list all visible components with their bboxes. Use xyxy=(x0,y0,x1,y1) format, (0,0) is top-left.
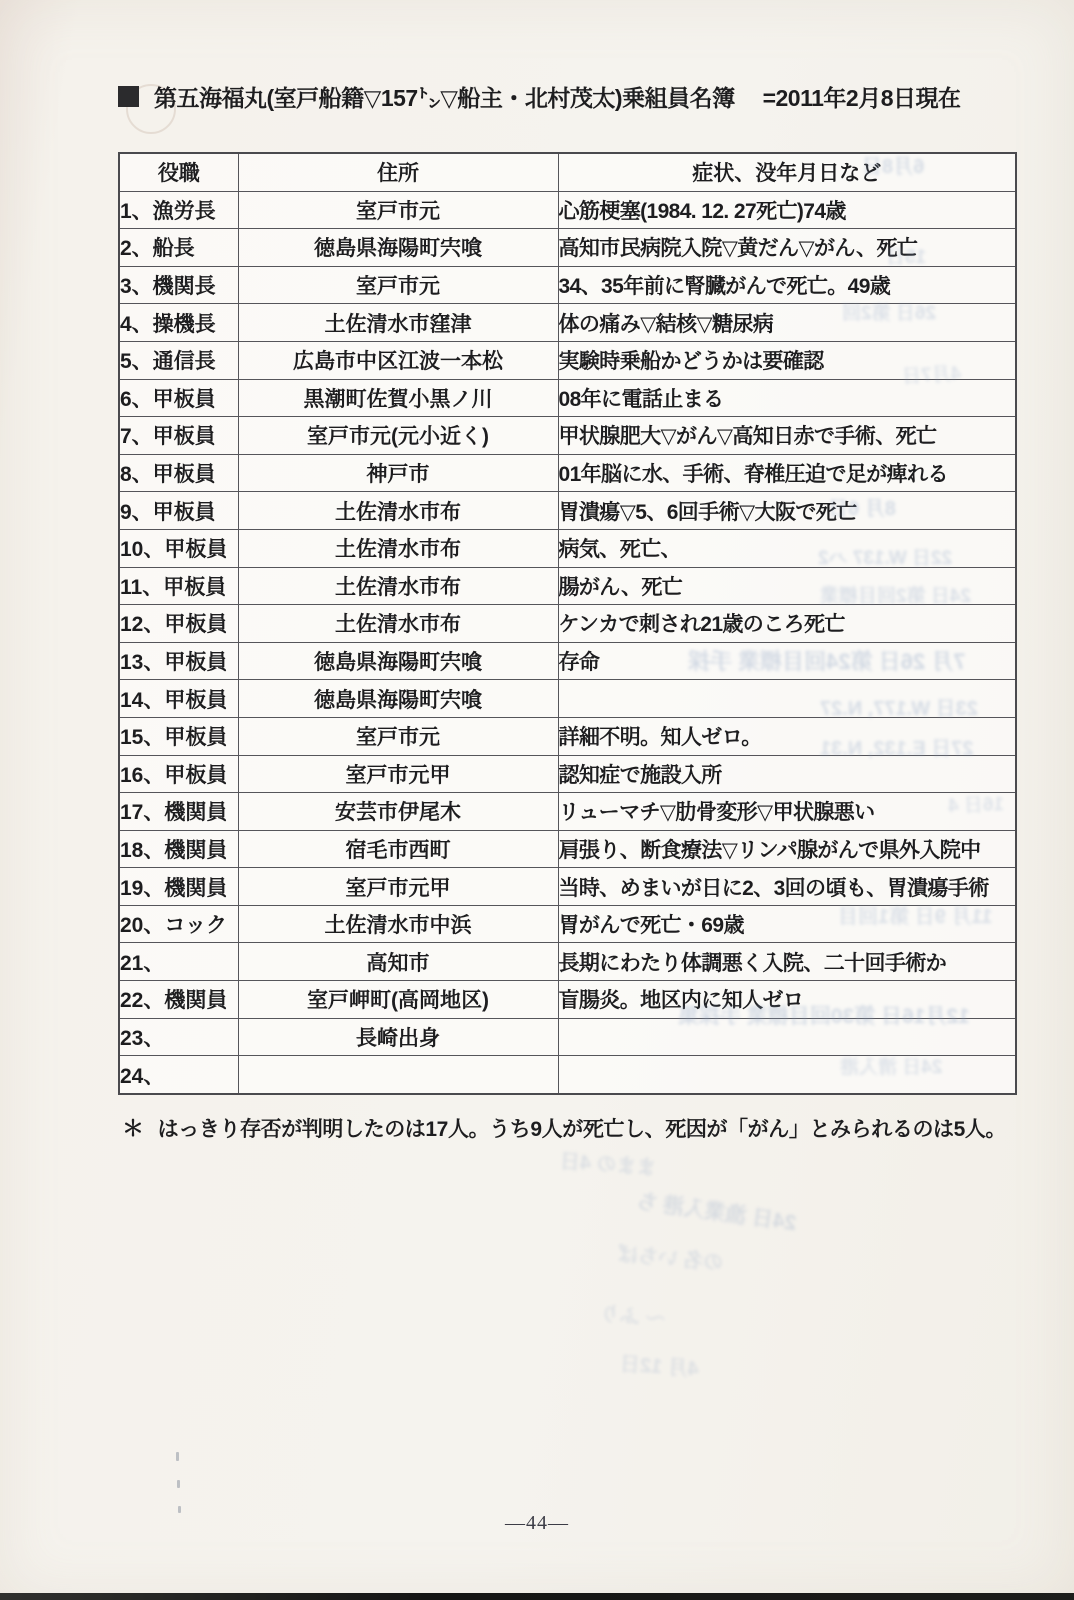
cell-status xyxy=(558,680,1016,718)
table-row: 15、甲板員室戸市元詳細不明。知人ゼロ。 xyxy=(119,717,1016,755)
cell-address: 土佐清水市布 xyxy=(238,605,558,643)
cell-status: 存命 xyxy=(558,642,1016,680)
table-row: 10、甲板員土佐清水市布病気、死亡、 xyxy=(119,529,1016,567)
table-row: 13、甲板員徳島県海陽町宍喰存命 xyxy=(119,642,1016,680)
cell-address: 室戸市元甲 xyxy=(238,868,558,906)
cell-role: 4、操機長 xyxy=(119,304,238,342)
header-role: 役職 xyxy=(119,153,238,191)
cell-role: 9、甲板員 xyxy=(119,492,238,530)
table-row: 20、コック土佐清水市中浜胃がんで死亡・69歳 xyxy=(119,905,1016,943)
document-date-note: =2011年2月8日現在 xyxy=(763,80,961,113)
bleedthrough-mark: ～ ふり xyxy=(599,1297,667,1333)
footnote: ＊ はっきり存否が判明したのは17人。うち9人が死亡し、死因が「がん」とみられる… xyxy=(122,1112,1006,1143)
cell-role: 22、機関員 xyxy=(119,981,238,1019)
cell-status: 実験時乗船かどうかは要確認 xyxy=(558,341,1016,379)
cell-status: 肩張り、断食療法▽リンパ腺がんで県外入院中 xyxy=(558,830,1016,868)
table-row: 8、甲板員神戸市01年脳に水、手術、脊椎圧迫で足が痺れる xyxy=(119,454,1016,492)
cell-role: 13、甲板員 xyxy=(119,642,238,680)
table-row: 18、機関員宿毛市西町肩張り、断食療法▽リンパ腺がんで県外入院中 xyxy=(119,830,1016,868)
table-row: 9、甲板員土佐清水市布胃潰瘍▽5、6回手術▽大阪で死亡 xyxy=(119,492,1016,530)
cell-status: 甲状腺肥大▽がん▽高知日赤で手術、死亡 xyxy=(558,417,1016,455)
cell-address: 土佐清水市布 xyxy=(238,529,558,567)
cell-status: 長期にわたり体調悪く入院、二十回手術か xyxy=(558,943,1016,981)
cell-status: 心筋梗塞(1984. 12. 27死亡)74歳 xyxy=(558,191,1016,229)
cell-address xyxy=(238,1056,558,1094)
cell-role: 11、甲板員 xyxy=(119,567,238,605)
table-row: 21、高知市長期にわたり体調悪く入院、二十回手術か xyxy=(119,943,1016,981)
cell-status: リューマチ▽肋骨変形▽甲状腺悪い xyxy=(558,793,1016,831)
crew-table-body: 1、漁労長室戸市元心筋梗塞(1984. 12. 27死亡)74歳2、船長徳島県海… xyxy=(119,191,1016,1094)
cell-role: 23、 xyxy=(119,1018,238,1056)
cell-role: 7、甲板員 xyxy=(119,417,238,455)
table-row: 24、 xyxy=(119,1056,1016,1094)
cell-address: 室戸市元 xyxy=(238,191,558,229)
page-number: —44— xyxy=(0,1512,1074,1535)
document-title-row: 第五海福丸(室戸船籍▽157㌧▽船主・北村茂太)乗組員名簿 =2011年2月8日… xyxy=(118,80,961,113)
table-row: 14、甲板員徳島県海陽町宍喰 xyxy=(119,680,1016,718)
cell-address: 土佐清水市窪津 xyxy=(238,304,558,342)
bleedthrough-mark: ままの 4日 xyxy=(559,1145,657,1181)
table-row: 4、操機長土佐清水市窪津体の痛み▽結核▽糖尿病 xyxy=(119,304,1016,342)
table-row: 17、機関員安芸市伊尾木リューマチ▽肋骨変形▽甲状腺悪い xyxy=(119,793,1016,831)
table-row: 12、甲板員土佐清水市布ケンカで刺され21歳のころ死亡 xyxy=(119,605,1016,643)
cell-role: 10、甲板員 xyxy=(119,529,238,567)
cell-role: 8、甲板員 xyxy=(119,454,238,492)
footnote-text: はっきり存否が判明したのは17人。うち9人が死亡し、死因が「がん」とみられるのは… xyxy=(158,1113,1007,1143)
cell-status: 認知症で施設入所 xyxy=(558,755,1016,793)
cell-role: 5、通信長 xyxy=(119,341,238,379)
table-row: 11、甲板員土佐清水市布腸がん、死亡 xyxy=(119,567,1016,605)
cell-address: 徳島県海陽町宍喰 xyxy=(238,680,558,718)
cell-address: 土佐清水市布 xyxy=(238,492,558,530)
cell-role: 16、甲板員 xyxy=(119,755,238,793)
cell-status: 当時、めまいが日に2、3回の頃も、胃潰瘍手術 xyxy=(558,868,1016,906)
scan-speck xyxy=(176,1452,179,1461)
cell-address: 黒潮町佐賀小黒ノ川 xyxy=(238,379,558,417)
cell-status: 盲腸炎。地区内に知人ゼロ xyxy=(558,981,1016,1019)
table-row: 2、船長徳島県海陽町宍喰高知市民病院入院▽黄だん▽がん、死亡 xyxy=(119,229,1016,267)
cell-status xyxy=(558,1056,1016,1094)
header-address: 住所 xyxy=(238,153,558,191)
cell-address: 長崎出身 xyxy=(238,1018,558,1056)
cell-role: 20、コック xyxy=(119,905,238,943)
cell-role: 19、機関員 xyxy=(119,868,238,906)
cell-address: 徳島県海陽町宍喰 xyxy=(238,229,558,267)
table-row: 6、甲板員黒潮町佐賀小黒ノ川08年に電話止まる xyxy=(119,379,1016,417)
cell-role: 24、 xyxy=(119,1056,238,1094)
cell-address: 高知市 xyxy=(238,943,558,981)
cell-role: 12、甲板員 xyxy=(119,605,238,643)
cell-role: 17、機関員 xyxy=(119,793,238,831)
footnote-asterisk: ＊ xyxy=(122,1112,144,1143)
table-row: 5、通信長広島市中区江波一本松実験時乗船かどうかは要確認 xyxy=(119,341,1016,379)
cell-role: 1、漁労長 xyxy=(119,191,238,229)
cell-address: 室戸岬町(高岡地区) xyxy=(238,981,558,1019)
table-row: 1、漁労長室戸市元心筋梗塞(1984. 12. 27死亡)74歳 xyxy=(119,191,1016,229)
cell-status: 01年脳に水、手術、脊椎圧迫で足が痺れる xyxy=(558,454,1016,492)
cell-status: 詳細不明。知人ゼロ。 xyxy=(558,717,1016,755)
title-bullet-square-icon xyxy=(118,86,139,107)
bleedthrough-mark: 24日 漁業入港 ち xyxy=(635,1185,799,1237)
scanned-document-page: 第五海福丸(室戸船籍▽157㌧▽船主・北村茂太)乗組員名簿 =2011年2月8日… xyxy=(0,0,1074,1600)
cell-status: ケンカで刺され21歳のころ死亡 xyxy=(558,605,1016,643)
header-status: 症状、没年月日など xyxy=(558,153,1016,191)
cell-status: 高知市民病院入院▽黄だん▽がん、死亡 xyxy=(558,229,1016,267)
cell-address: 土佐清水市布 xyxy=(238,567,558,605)
cell-status: 胃潰瘍▽5、6回手術▽大阪で死亡 xyxy=(558,492,1016,530)
scan-bottom-edge xyxy=(0,1593,1074,1600)
cell-address: 徳島県海陽町宍喰 xyxy=(238,642,558,680)
cell-address: 室戸市元(元小近く) xyxy=(238,417,558,455)
scan-speck xyxy=(177,1480,180,1488)
bleedthrough-mark: の名 いちば xyxy=(617,1237,725,1275)
table-header-row: 役職 住所 症状、没年月日など xyxy=(119,153,1016,191)
cell-address: 室戸市元 xyxy=(238,266,558,304)
cell-status: 08年に電話止まる xyxy=(558,379,1016,417)
cell-address: 広島市中区江波一本松 xyxy=(238,341,558,379)
cell-address: 室戸市元甲 xyxy=(238,755,558,793)
bleedthrough-mark: 4月 12日 xyxy=(619,1347,700,1381)
cell-role: 6、甲板員 xyxy=(119,379,238,417)
cell-role: 2、船長 xyxy=(119,229,238,267)
table-row: 19、機関員室戸市元甲当時、めまいが日に2、3回の頃も、胃潰瘍手術 xyxy=(119,868,1016,906)
cell-status: 体の痛み▽結核▽糖尿病 xyxy=(558,304,1016,342)
cell-address: 室戸市元 xyxy=(238,717,558,755)
cell-role: 15、甲板員 xyxy=(119,717,238,755)
cell-role: 14、甲板員 xyxy=(119,680,238,718)
table-row: 3、機関長室戸市元34、35年前に腎臓がんで死亡。49歳 xyxy=(119,266,1016,304)
cell-status: 胃がんで死亡・69歳 xyxy=(558,905,1016,943)
cell-status: 34、35年前に腎臓がんで死亡。49歳 xyxy=(558,266,1016,304)
cell-status: 病気、死亡、 xyxy=(558,529,1016,567)
cell-address: 土佐清水市中浜 xyxy=(238,905,558,943)
cell-address: 安芸市伊尾木 xyxy=(238,793,558,831)
cell-status xyxy=(558,1018,1016,1056)
table-row: 23、長崎出身 xyxy=(119,1018,1016,1056)
cell-status: 腸がん、死亡 xyxy=(558,567,1016,605)
cell-address: 宿毛市西町 xyxy=(238,830,558,868)
cell-role: 18、機関員 xyxy=(119,830,238,868)
cell-role: 3、機関長 xyxy=(119,266,238,304)
table-row: 7、甲板員室戸市元(元小近く)甲状腺肥大▽がん▽高知日赤で手術、死亡 xyxy=(119,417,1016,455)
cell-role: 21、 xyxy=(119,943,238,981)
table-row: 16、甲板員室戸市元甲認知症で施設入所 xyxy=(119,755,1016,793)
cell-address: 神戸市 xyxy=(238,454,558,492)
document-title: 第五海福丸(室戸船籍▽157㌧▽船主・北村茂太)乗組員名簿 xyxy=(154,80,735,113)
crew-roster-table: 役職 住所 症状、没年月日など 1、漁労長室戸市元心筋梗塞(1984. 12. … xyxy=(118,152,1017,1095)
table-row: 22、機関員室戸岬町(高岡地区)盲腸炎。地区内に知人ゼロ xyxy=(119,981,1016,1019)
